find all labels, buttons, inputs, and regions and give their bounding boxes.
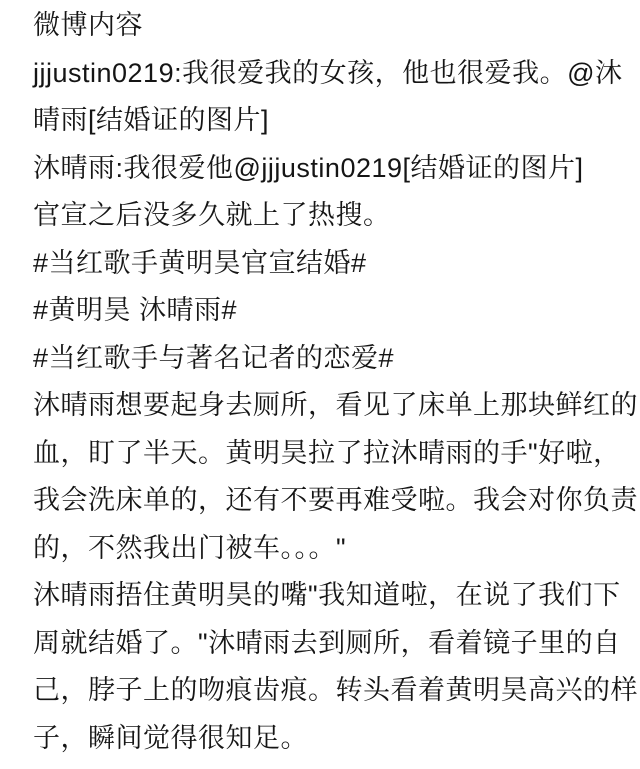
text-line: 我会洗床单的，还有不要再难受啦。我会对你负责 [33, 477, 622, 525]
text-line-hashtag: #黄明昊 沐晴雨# [33, 287, 622, 335]
text-line: 血，盯了半天。黄明昊拉了拉沐晴雨的手"好啦， [33, 430, 622, 478]
text-line: 子，瞬间觉得很知足。 [33, 715, 622, 763]
text-line-hashtag: #当红歌手与著名记者的恋爱# [33, 335, 622, 383]
text-line: 的，不然我出门被车。。。" [33, 525, 622, 573]
text-line: jjjustin0219:我很爱我的女孩，他也很爱我。@沐 [33, 50, 622, 98]
text-line: 沐晴雨:我很爱他@jjjustin0219[结婚证的图片] [33, 145, 622, 193]
text-line: 沐晴雨想要起身去厕所，看见了床单上那块鲜红的 [33, 382, 622, 430]
text-line: 沐晴雨捂住黄明昊的嘴"我知道啦，在说了我们下 [33, 572, 622, 620]
text-line: 晴雨[结婚证的图片] [33, 97, 622, 145]
text-line: 周就结婚了。"沐晴雨去到厕所，看着镜子里的自 [33, 620, 622, 668]
novel-text-page: 微博内容 jjjustin0219:我很爱我的女孩，他也很爱我。@沐 晴雨[结婚… [0, 0, 640, 769]
text-line: 己，脖子上的吻痕齿痕。转头看着黄明昊高兴的样 [33, 667, 622, 715]
text-line: 官宣之后没多久就上了热搜。 [33, 192, 622, 240]
text-line: 微博内容 [33, 2, 622, 50]
text-line-hashtag: #当红歌手黄明昊官宣结婚# [33, 240, 622, 288]
